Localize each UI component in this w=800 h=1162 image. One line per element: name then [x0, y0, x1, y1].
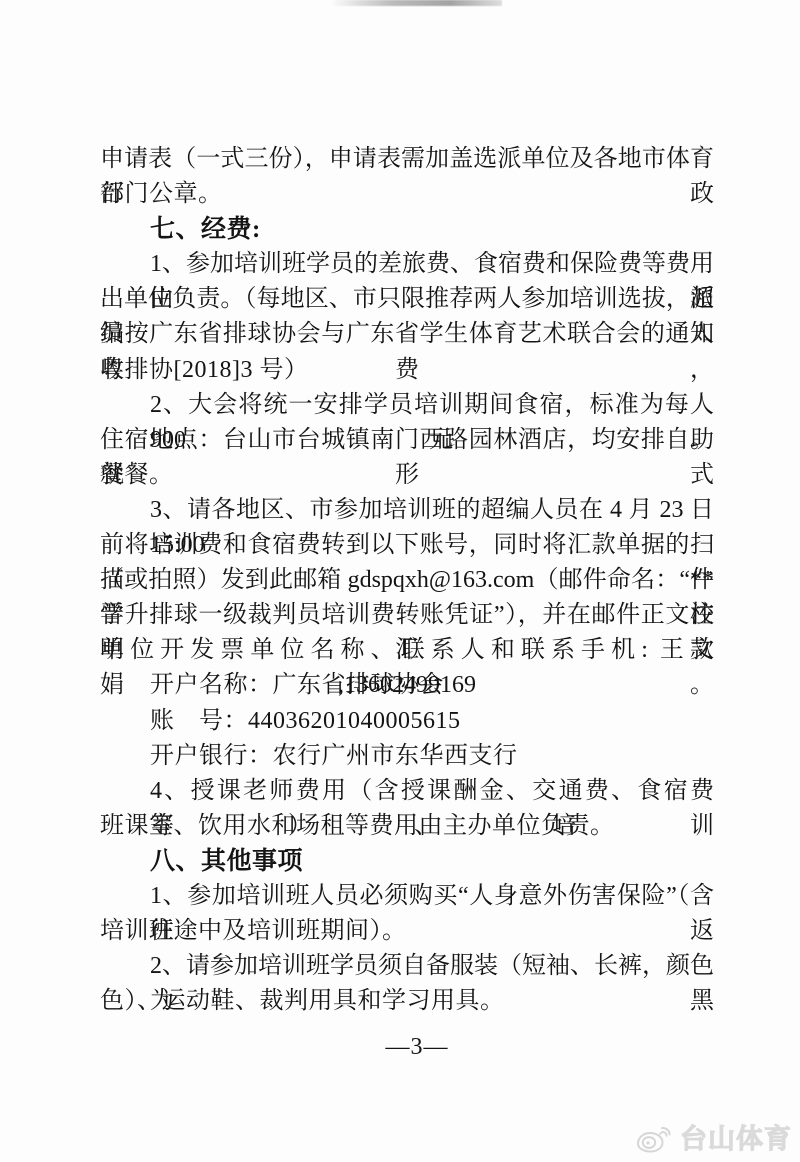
text-line: 单位开发票单位名称、联系人和联系手机: 王文娟,13602499169。 — [100, 633, 714, 668]
scan-edge-artifact — [330, 0, 502, 6]
text-line: 前将培训费和食宿费转到以下账号，同时将汇款单据的扫描件 — [100, 528, 714, 563]
text-line: 晋升排球一级裁判员培训费转账凭证”），并在邮件正文注明汇款 — [100, 598, 714, 633]
section-heading: 八、其他事项 — [100, 844, 714, 879]
text-line: 1、参加培训班学员的差旅费、食宿费和保险费等费用由派 — [100, 247, 714, 282]
document-page: 申请表（一式三份），申请表需加盖选派单位及各地市体育行政部门公章。七、经费:1、… — [0, 0, 800, 1162]
page-number: —3— — [0, 1034, 800, 1061]
text-line: 出单位负责。（每地区、市只限推荐两人参加培训选拔，超编人 — [100, 282, 714, 317]
watermark-label: 台山体育 — [680, 1117, 792, 1156]
text-line: 4、授课老师费用（含授课酬金、交通费、食宿费等）、培训 — [100, 774, 714, 809]
text-line: 2、请参加培训班学员须自备服装（短袖、长裤，颜色为黑 — [100, 949, 714, 984]
text-line: （或拍照）发到此邮箱 gdspqxh@163.com（邮件命名：“**学校 — [100, 563, 714, 598]
text-line: 3、请各地区、市参加培训班的超编人员在 4 月 23 日 15:00 — [100, 493, 714, 528]
text-line: 1、参加培训班人员必须购买“人身意外伤害保险”（含往返 — [100, 879, 714, 914]
text-line: 住宿地点：台山市台城镇南门西路园林酒店，均安排自助餐形式 — [100, 423, 714, 458]
text-line: 开户银行：农行广州市东华西支行 — [100, 739, 714, 774]
text-line: 申请表（一式三份），申请表需加盖选派单位及各地市体育行政 — [100, 142, 714, 177]
text-line: 2、大会将统一安排学员培训期间食宿，标准为每人 900 元。 — [100, 388, 714, 423]
section-heading: 七、经费: — [100, 212, 714, 247]
watermark: 台山体育 — [636, 1117, 792, 1156]
text-line: 账 号：44036201040005615 — [100, 704, 714, 739]
document-body: 申请表（一式三份），申请表需加盖选派单位及各地市体育行政部门公章。七、经费:1、… — [100, 142, 714, 1019]
weibo-icon — [636, 1120, 676, 1154]
text-line: 员按广东省排球协会与广东省学生体育艺术联合会的通知收费， — [100, 317, 714, 352]
